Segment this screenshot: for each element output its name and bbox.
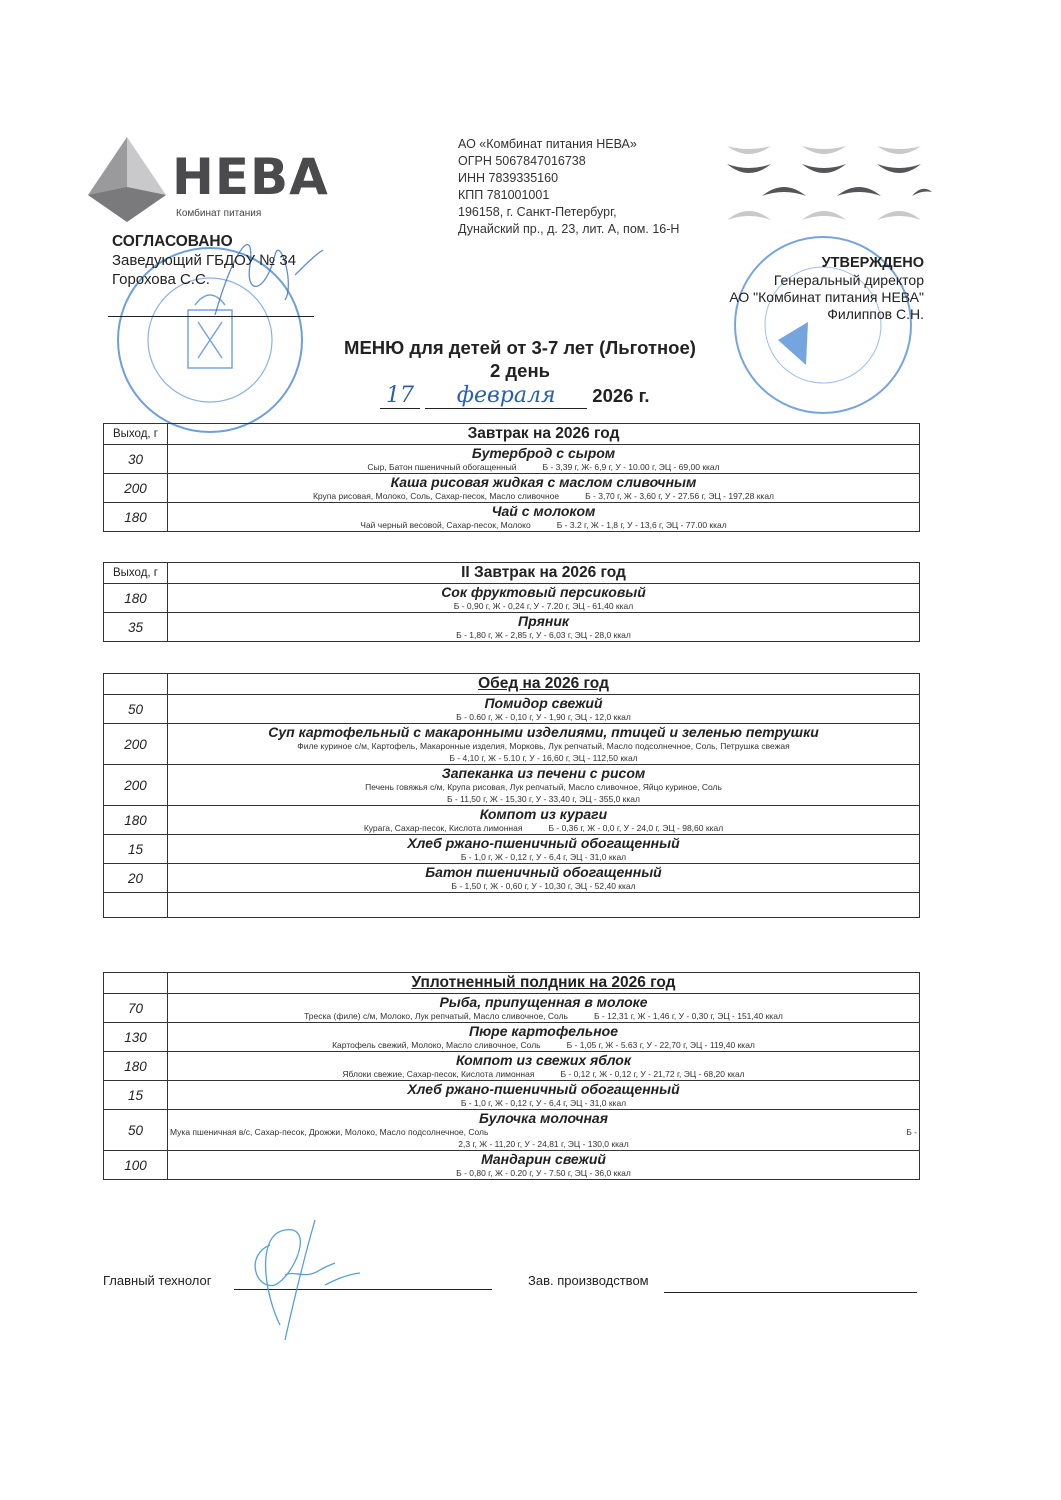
section-header-row: Выход, гЗавтрак на 2026 год (104, 424, 920, 445)
dish-details: Крупа рисовая, Молоко, Соль, Сахар-песок… (168, 490, 919, 502)
company-name: АО «Комбинат питания НЕВА» (458, 136, 679, 153)
company-details: АО «Комбинат питания НЕВА» ОГРН 50678470… (458, 136, 679, 238)
item-dish: Каша рисовая жидкая с маслом сливочнымКр… (168, 474, 920, 503)
item-dish: Суп картофельный с макаронными изделиями… (168, 724, 920, 765)
company-inn: ИНН 7839335160 (458, 170, 679, 187)
dish-nutrition: Б - 1,0 г, Ж - 0,12 г, У - 6,4 г, ЭЦ - 3… (168, 1097, 919, 1109)
menu-item-row: 200Каша рисовая жидкая с маслом сливочны… (104, 474, 920, 503)
dish-ingredients: Печень говяжья с/м, Крупа рисовая, Лук р… (168, 781, 919, 793)
logo-wordmark: НЕВА (172, 152, 329, 202)
dish-nutrition: Б - 0,80 г, Ж - 0.20 г, У - 7.50 г, ЭЦ -… (168, 1167, 919, 1179)
menu-item-row: 200Суп картофельный с макаронными издели… (104, 724, 920, 765)
company-address-street: Дунайский пр., д. 23, лит. А, пом. 16-Н (458, 221, 679, 238)
item-dish (168, 893, 920, 918)
dish-nutrition: Б - 12,31 г, Ж - 1,46 г, У - 0,30 г, ЭЦ … (594, 1011, 783, 1021)
dish-ingredients: Картофель свежий, Молоко, Масло сливочно… (332, 1040, 541, 1050)
column-header-output: Выход, г (104, 563, 168, 584)
item-dish: Хлеб ржано-пшеничный обогащенныйБ - 1,0 … (168, 1081, 920, 1110)
dish-nutrition: Б - 1,05 г, Ж - 5.63 г, У - 22,70 г, ЭЦ … (567, 1040, 755, 1050)
section-header-row: Выход, гII Завтрак на 2026 год (104, 563, 920, 584)
item-dish: Батон пшеничный обогащенныйБ - 1,50 г, Ж… (168, 864, 920, 893)
logo-subtitle: Комбинат питания (176, 208, 261, 219)
dish-ingredients: Филе куриное с/м, Картофель, Макаронные … (168, 740, 919, 752)
section-title: Завтрак на 2026 год (168, 424, 920, 445)
dish-nutrition: Б - 3.2 г, Ж - 1,8 г, У - 13,6 г, ЭЦ - 7… (557, 520, 727, 530)
production-head-signature-line (664, 1292, 917, 1293)
dish-name: Мандарин свежий (168, 1151, 919, 1167)
item-output-grams: 50 (104, 1110, 168, 1151)
menu-title: МЕНЮ для детей от 3-7 лет (Льготное) (300, 336, 740, 359)
approved-name: Филиппов С.Н. (729, 306, 924, 323)
menu-day: 2 день (300, 359, 740, 382)
dish-details: Чай черный весовой, Сахар-песок, МолокоБ… (168, 519, 919, 531)
item-dish: Чай с молокомЧай черный весовой, Сахар-п… (168, 503, 920, 532)
item-dish: Помидор свежийБ - 0.60 г, Ж - 0,10 г, У … (168, 695, 920, 724)
date-month: февраля (425, 383, 587, 409)
item-output-grams: 15 (104, 1081, 168, 1110)
item-output-grams: 180 (104, 584, 168, 613)
item-output-grams (104, 893, 168, 918)
dish-nutrition: Б - 11,50 г, Ж - 15,30 г, У - 33,40 г, Э… (168, 793, 919, 805)
menu-section-table: Обед на 2026 год50Помидор свежийБ - 0.60… (103, 673, 920, 918)
dish-name: Рыба, припущенная в молоке (168, 994, 919, 1010)
date-year: 2026 г. (592, 385, 649, 406)
dish-nutrition: Б - 0.60 г, Ж - 0,10 г, У - 1,90 г, ЭЦ -… (168, 711, 919, 723)
dish-ingredients: Треска (филе) с/м, Молоко, Лук репчатый,… (304, 1011, 568, 1021)
item-output-grams: 130 (104, 1023, 168, 1052)
item-output-grams: 180 (104, 503, 168, 532)
dish-name: Каша рисовая жидкая с маслом сливочным (168, 474, 919, 490)
dish-nutrition: Б - 3,39 г, Ж- 6,9 г, У - 10.00 г, ЭЦ - … (543, 462, 720, 472)
item-output-grams: 30 (104, 445, 168, 474)
menu-section-table: Выход, гII Завтрак на 2026 год180Сок фру… (103, 562, 920, 642)
dish-nutrition: Б - 3,70 г, Ж - 3,60 г, У - 27.56 г, ЭЦ … (585, 491, 774, 501)
dish-name: Суп картофельный с макаронными изделиями… (168, 724, 919, 740)
menu-item-row: 200Запеканка из печени с рисомПечень гов… (104, 765, 920, 806)
dish-nutrition: Б - 0,90 г, Ж - 0,24 г, У - 7.20 г, ЭЦ -… (168, 600, 919, 612)
section-title: II Завтрак на 2026 год (168, 563, 920, 584)
menu-item-row: 20Батон пшеничный обогащенныйБ - 1,50 г,… (104, 864, 920, 893)
dish-name: Сок фруктовый персиковый (168, 584, 919, 600)
item-output-grams: 180 (104, 1052, 168, 1081)
item-dish: Запеканка из печени с рисомПечень говяжь… (168, 765, 920, 806)
menu-item-row: 70Рыба, припущенная в молокеТреска (филе… (104, 994, 920, 1023)
column-header-output: Выход, г (104, 424, 168, 445)
menu-section-table: Выход, гЗавтрак на 2026 год30Бутерброд с… (103, 423, 920, 532)
menu-item-row: 180Компот из свежих яблокЯблоки свежие, … (104, 1052, 920, 1081)
dish-name: Булочка молочная (168, 1110, 919, 1126)
date-day: 17 (380, 383, 420, 409)
menu-item-row: 30Бутерброд с сыромСыр, Батон пшеничный … (104, 445, 920, 474)
section-title-text: II Завтрак на 2026 год (461, 564, 626, 581)
section-header-row: Уплотненный полдник на 2026 год (104, 973, 920, 994)
dish-nutrition: Б - 1,80 г, Ж - 2,85 г, У - 6,03 г, ЭЦ -… (168, 629, 919, 641)
production-head-label: Зав. производством (528, 1273, 649, 1288)
agreed-block: СОГЛАСОВАНО Заведующий ГБДОУ № 34 Горохо… (112, 232, 296, 289)
menu-section-table: Уплотненный полдник на 2026 год70Рыба, п… (103, 972, 920, 1180)
dish-nutrition: Б - 1,50 г, Ж - 0,60 г, У - 10,30 г, ЭЦ … (168, 880, 919, 892)
dish-ingredients: Сыр, Батон пшеничный обогащенный (367, 462, 516, 472)
item-output-grams: 180 (104, 806, 168, 835)
item-output-grams: 100 (104, 1151, 168, 1180)
menu-item-row (104, 893, 920, 918)
dish-ingredients: Курага, Сахар-песок, Кислота лимонная (364, 823, 523, 833)
column-header-output (104, 973, 168, 994)
dish-details: Курага, Сахар-песок, Кислота лимоннаяБ -… (168, 822, 919, 834)
company-ogrn: ОГРН 5067847016738 (458, 153, 679, 170)
dish-ingredients: Яблоки свежие, Сахар-песок, Кислота лимо… (342, 1069, 534, 1079)
wave-pattern-icon (722, 138, 932, 238)
dish-details: Яблоки свежие, Сахар-песок, Кислота лимо… (168, 1068, 919, 1080)
neva-logo-pyramid-icon (88, 137, 166, 222)
dish-details: Сыр, Батон пшеничный обогащенныйБ - 3,39… (168, 461, 919, 473)
item-output-grams: 20 (104, 864, 168, 893)
chief-technologist-label: Главный технолог (103, 1273, 212, 1288)
dish-name: Бутерброд с сыром (168, 445, 919, 461)
item-dish: Пюре картофельноеКартофель свежий, Молок… (168, 1023, 920, 1052)
column-header-output (104, 674, 168, 695)
menu-title-block: МЕНЮ для детей от 3-7 лет (Льготное) 2 д… (300, 336, 740, 382)
section-title-text: Завтрак на 2026 год (468, 425, 620, 442)
dish-nutrition: 2,3 г, Ж - 11,20 г, У - 24,81 г, ЭЦ - 13… (458, 1139, 628, 1149)
section-title: Обед на 2026 год (168, 674, 920, 695)
item-dish: ПряникБ - 1,80 г, Ж - 2,85 г, У - 6,03 г… (168, 613, 920, 642)
approved-position: Генеральный директор (729, 272, 924, 289)
agreed-position: Заведующий ГБДОУ № 34 (112, 251, 296, 270)
item-dish: Сок фруктовый персиковыйБ - 0,90 г, Ж - … (168, 584, 920, 613)
dish-ingredients: Крупа рисовая, Молоко, Соль, Сахар-песок… (313, 491, 559, 501)
dish-name: Компот из свежих яблок (168, 1052, 919, 1068)
menu-item-row: 100Мандарин свежийБ - 0,80 г, Ж - 0.20 г… (104, 1151, 920, 1180)
item-output-grams: 35 (104, 613, 168, 642)
dish-name: Хлеб ржано-пшеничный обогащенный (168, 1081, 919, 1097)
menu-item-row: 180Сок фруктовый персиковыйБ - 0,90 г, Ж… (104, 584, 920, 613)
menu-item-row: 15Хлеб ржано-пшеничный обогащенныйБ - 1,… (104, 1081, 920, 1110)
item-dish: Компот из свежих яблокЯблоки свежие, Сах… (168, 1052, 920, 1081)
dish-ingredients: Мука пшеничная в/с, Сахар-песок, Дрожжи,… (170, 1126, 488, 1138)
dish-nutrition: Б - 0,36 г, Ж - 0,0 г, У - 24,0 г, ЭЦ - … (548, 823, 723, 833)
section-title-text: Обед на 2026 год (478, 675, 609, 692)
dish-nutrition-prefix: Б - (906, 1126, 917, 1138)
dish-name: Компот из кураги (168, 806, 919, 822)
chief-technologist-signature (225, 1215, 365, 1345)
item-dish: Хлеб ржано-пшеничный обогащенныйБ - 1,0 … (168, 835, 920, 864)
dish-name: Хлеб ржано-пшеничный обогащенный (168, 835, 919, 851)
agreed-title: СОГЛАСОВАНО (112, 232, 296, 251)
chief-technologist-signature-line (234, 1289, 492, 1290)
menu-item-row: 180Компот из курагиКурага, Сахар-песок, … (104, 806, 920, 835)
menu-item-row: 130Пюре картофельноеКартофель свежий, Мо… (104, 1023, 920, 1052)
agreed-signature-line (108, 316, 314, 317)
menu-item-row: 180Чай с молокомЧай черный весовой, Саха… (104, 503, 920, 532)
company-address-city: 196158, г. Санкт-Петербург, (458, 204, 679, 221)
menu-item-row: 50Помидор свежийБ - 0.60 г, Ж - 0,10 г, … (104, 695, 920, 724)
company-kpp: КПП 781001001 (458, 187, 679, 204)
item-dish: Булочка молочнаяМука пшеничная в/с, Саха… (168, 1110, 920, 1151)
dish-name: Запеканка из печени с рисом (168, 765, 919, 781)
dish-name: Батон пшеничный обогащенный (168, 864, 919, 880)
dish-name: Пряник (168, 613, 919, 629)
dish-nutrition: Б - 0,12 г, Ж - 0,12 г, У - 21,72 г, ЭЦ … (560, 1069, 744, 1079)
section-header-row: Обед на 2026 год (104, 674, 920, 695)
section-title-text: Уплотненный полдник на 2026 год (411, 974, 675, 991)
dish-details: Треска (филе) с/м, Молоко, Лук репчатый,… (168, 1010, 919, 1022)
menu-item-row: 35ПряникБ - 1,80 г, Ж - 2,85 г, У - 6,03… (104, 613, 920, 642)
item-dish: Бутерброд с сыромСыр, Батон пшеничный об… (168, 445, 920, 474)
approved-title: УТВЕРЖДЕНО (729, 255, 924, 272)
agreed-name: Горохова С.С. (112, 270, 296, 289)
item-dish: Компот из курагиКурага, Сахар-песок, Кис… (168, 806, 920, 835)
approved-block: УТВЕРЖДЕНО Генеральный директор АО "Комб… (729, 255, 924, 323)
item-output-grams: 200 (104, 724, 168, 765)
dish-name: Пюре картофельное (168, 1023, 919, 1039)
item-output-grams: 15 (104, 835, 168, 864)
section-title: Уплотненный полдник на 2026 год (168, 973, 920, 994)
item-dish: Мандарин свежийБ - 0,80 г, Ж - 0.20 г, У… (168, 1151, 920, 1180)
item-output-grams: 200 (104, 474, 168, 503)
dish-nutrition: Б - 4,10 г, Ж - 5.10 г, У - 16,60 г, ЭЦ … (168, 752, 919, 764)
item-output-grams: 50 (104, 695, 168, 724)
dish-ingredients: Чай черный весовой, Сахар-песок, Молоко (360, 520, 530, 530)
item-output-grams: 200 (104, 765, 168, 806)
dish-name: Помидор свежий (168, 695, 919, 711)
item-dish: Рыба, припущенная в молокеТреска (филе) … (168, 994, 920, 1023)
menu-item-row: 50Булочка молочнаяМука пшеничная в/с, Са… (104, 1110, 920, 1151)
menu-date: 17 февраля 2026 г. (380, 383, 650, 409)
dish-details: Картофель свежий, Молоко, Масло сливочно… (168, 1039, 919, 1051)
approved-org: АО "Комбинат питания НЕВА" (729, 289, 924, 306)
menu-item-row: 15Хлеб ржано-пшеничный обогащенныйБ - 1,… (104, 835, 920, 864)
dish-nutrition: Б - 1,0 г, Ж - 0,12 г, У - 6,4 г, ЭЦ - 3… (168, 851, 919, 863)
item-output-grams: 70 (104, 994, 168, 1023)
dish-name: Чай с молоком (168, 503, 919, 519)
